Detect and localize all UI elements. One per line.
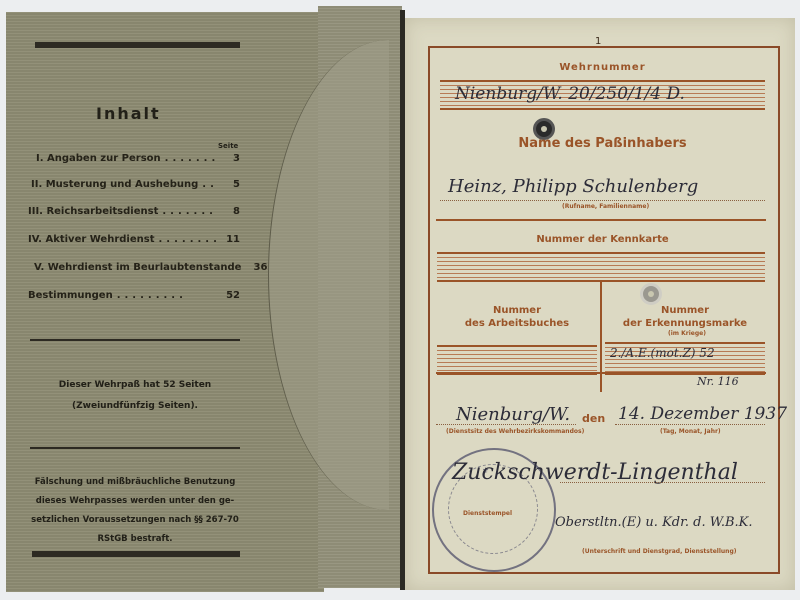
kennkarte-label: Nummer der Kennkarte <box>440 234 765 245</box>
name-sublabel: (Rufname, Familienname) <box>562 203 649 210</box>
erkennungsmarke-label: Nummerder Erkennungsmarke <box>604 304 766 330</box>
den-label: den <box>582 412 605 425</box>
wehrnummer-label: Wehrnummer <box>440 62 765 73</box>
signature-line <box>560 482 765 483</box>
page-column-label: Seite <box>218 142 238 150</box>
arbeitsbuch-label: Nummerdes Arbeitsbuches <box>436 304 598 330</box>
stamp-label: Dienststempel <box>463 510 512 517</box>
erkennungsmarke-value: 2./A.E.(mot.Z) 52 <box>610 346 715 360</box>
rank-value: Oberstltn.(E) u. Kdr. d. W.B.K. <box>555 515 753 530</box>
date-sublabel: (Tag, Monat, Jahr) <box>660 428 721 435</box>
section-divider <box>436 219 766 221</box>
pages-note: Dieser Wehrpaß hat 52 Seiten <box>30 380 240 390</box>
place-value: Nienburg/W. <box>456 404 570 425</box>
date-value: 14. Dezember 1937 <box>618 404 787 424</box>
pages-note-words: (Zweiundfünfzig Seiten). <box>30 401 240 411</box>
signature-sublabel: (Unterschrift und Dienstgrad, Dienststel… <box>582 548 737 555</box>
place-sublabel: (Dienstsitz des Wehrbezirkskommandos) <box>446 428 584 435</box>
eyelet <box>640 283 662 305</box>
divider <box>30 447 240 449</box>
page-number: 1 <box>595 36 601 47</box>
bottom-rule <box>32 551 240 557</box>
erkennungsmarke-sublabel: (im Kriege) <box>668 330 706 337</box>
top-rule <box>35 42 240 48</box>
arbeitsbuch-field <box>437 345 597 375</box>
section-divider <box>436 372 766 374</box>
date-line <box>615 424 765 425</box>
toc-item: Bestimmungen.........52 <box>28 290 240 301</box>
holder-name-label: Name des Paßinhabers <box>440 136 765 151</box>
toc-item: V. Wehrdienst im Beurlaubtenstande36 <box>34 262 240 273</box>
forgery-warning: Fälschung und mißbräuchliche Benutzung d… <box>30 473 240 549</box>
wehrnummer-value: Nienburg/W. 20/250/1/4 D. <box>455 84 685 104</box>
number-note: Nr. 116 <box>697 375 739 388</box>
toc-item: IV. Aktiver Wehrdienst.........11 <box>28 234 240 245</box>
holder-name-value: Heinz, Philipp Schulenberg <box>448 176 698 197</box>
column-divider <box>600 280 602 392</box>
name-line <box>440 200 765 201</box>
contents-title: Inhalt <box>96 104 161 123</box>
toc-item: I. Angaben zur Person.........3 <box>36 153 240 164</box>
place-line <box>436 424 576 425</box>
kennkarte-field <box>437 252 765 282</box>
divider <box>30 339 240 341</box>
toc-item: II. Musterung und Aushebung.........5 <box>31 179 240 190</box>
toc-item: III. Reichsarbeitsdienst.........8 <box>28 206 240 217</box>
